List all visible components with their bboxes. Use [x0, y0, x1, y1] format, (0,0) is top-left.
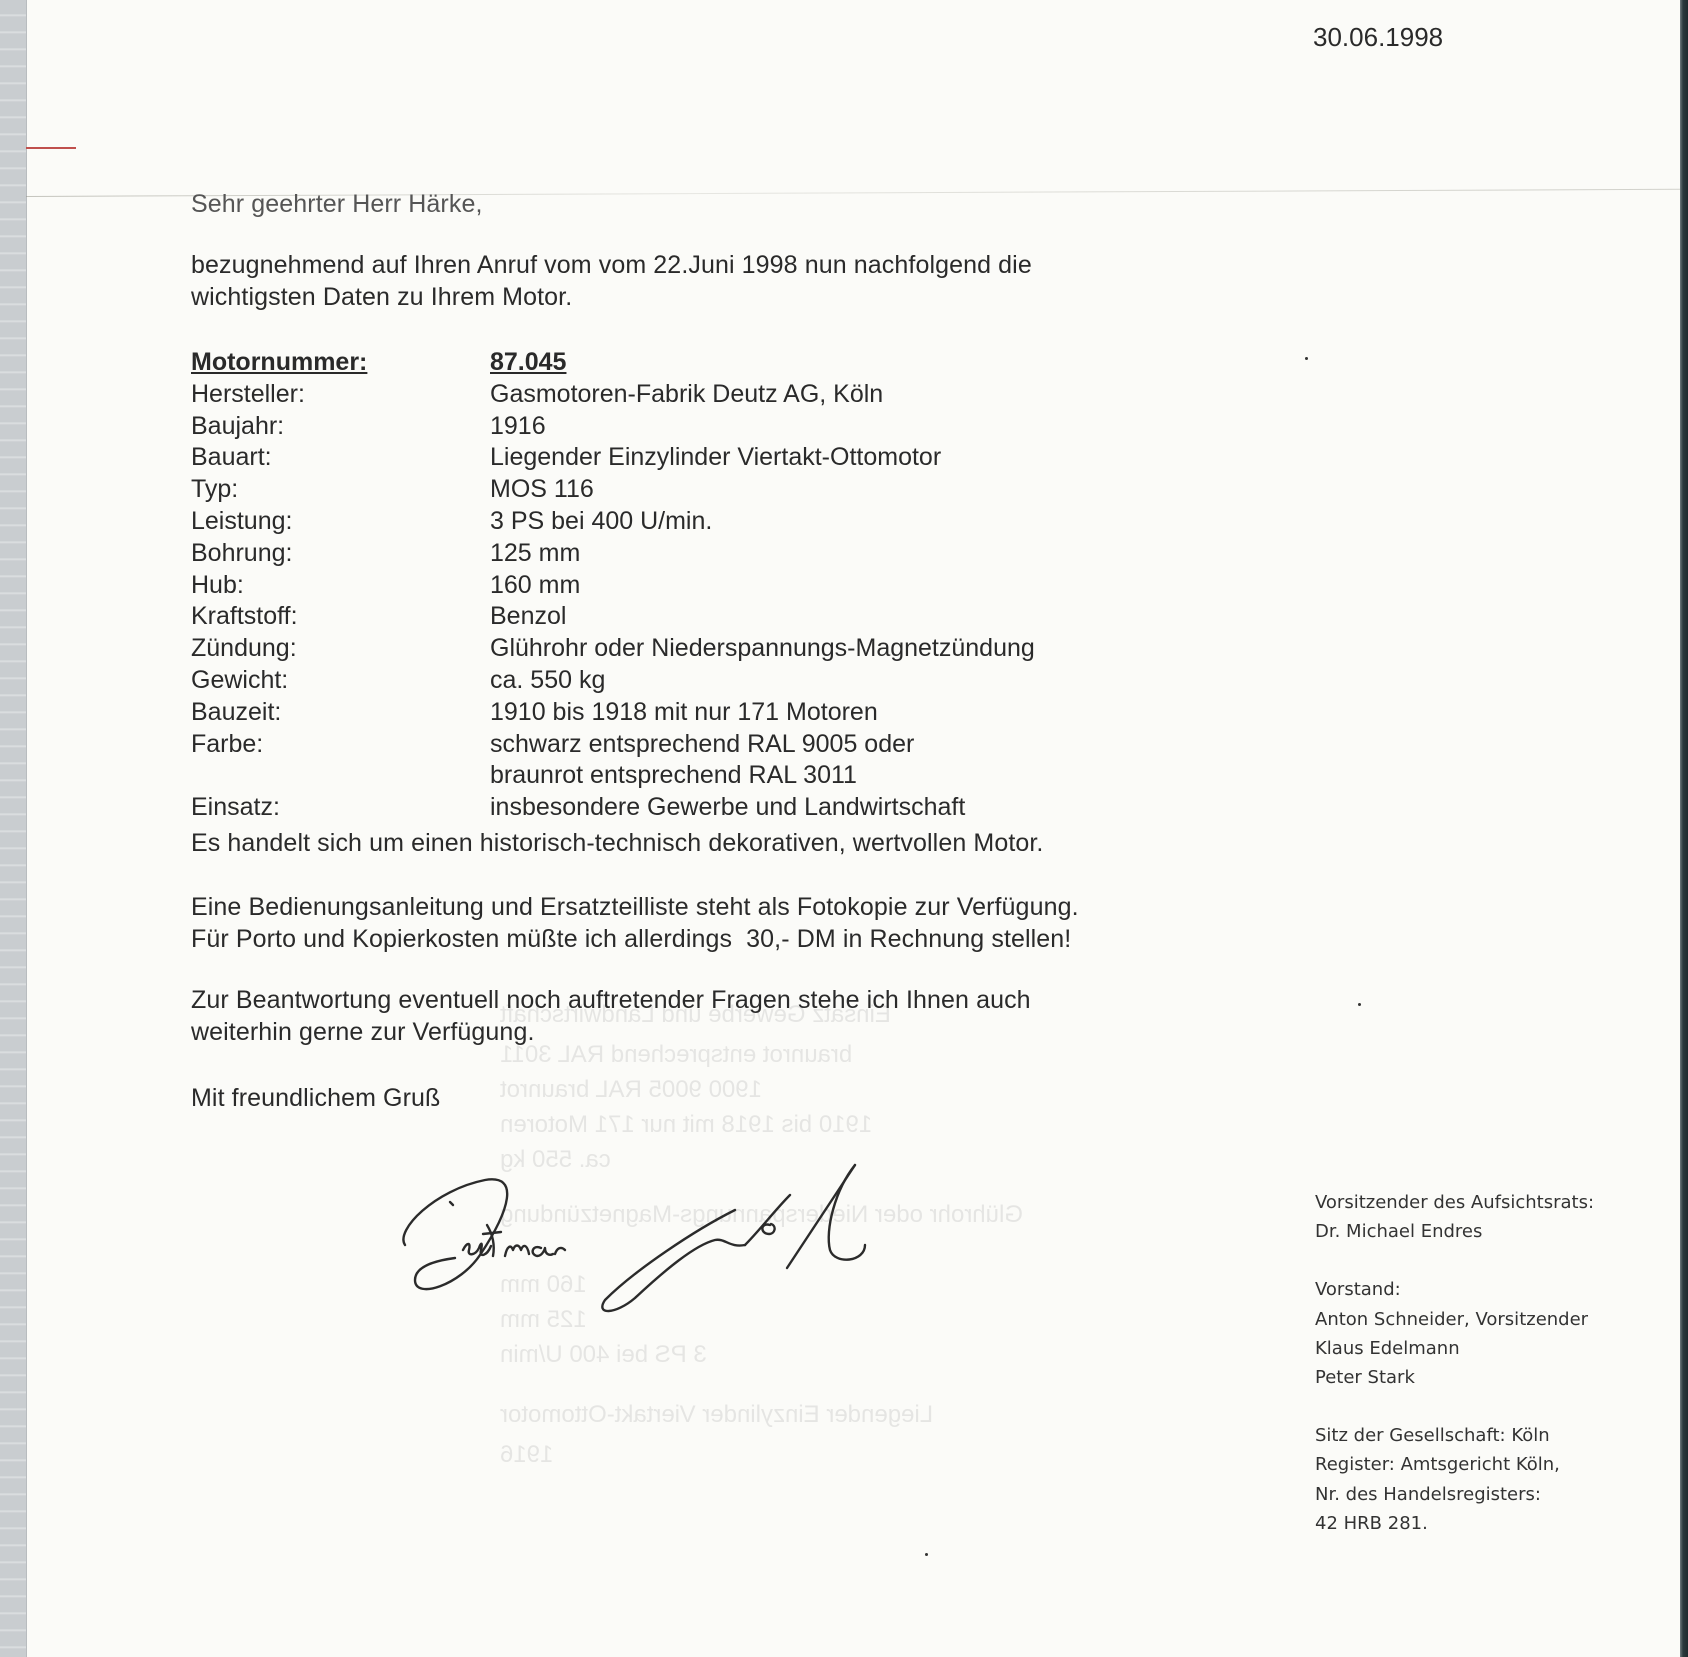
spec-row: Typ:MOS 116	[191, 475, 1035, 507]
spec-label: Typ:	[191, 475, 490, 507]
spec-row: Hub:160 mm	[191, 571, 1035, 603]
spec-label: Zündung:	[191, 634, 490, 666]
spec-value: insbesondere Gewerbe und Landwirtschaft	[490, 793, 1035, 825]
engine-spec-table: Motornummer:87.045Hersteller:Gasmotoren-…	[191, 348, 1035, 825]
spec-label: Bohrung:	[191, 539, 490, 571]
bleed-through-line: 1910 bis 1918 mit nur 171 Motoren	[500, 1110, 872, 1140]
spec-label: Baujahr:	[191, 412, 490, 444]
spec-value: 1916	[490, 412, 1035, 444]
spec-row: Gewicht:ca. 550 kg	[191, 666, 1035, 698]
spec-row: Hersteller:Gasmotoren-Fabrik Deutz AG, K…	[191, 380, 1035, 412]
questions-paragraph: Zur Beantwortung eventuell noch auftrete…	[191, 985, 1031, 1048]
scan-speck	[1358, 1003, 1361, 1006]
spec-row: Baujahr:1916	[191, 412, 1035, 444]
letter-date: 30.06.1998	[1313, 22, 1443, 53]
spec-label: Hub:	[191, 571, 490, 603]
spec-row: braunrot entsprechend RAL 3011	[191, 761, 1035, 793]
spec-value: ca. 550 kg	[490, 666, 1035, 698]
spec-value: Liegender Einzylinder Viertakt-Ottomotor	[490, 443, 1035, 475]
spec-label: Motornummer:	[191, 348, 490, 380]
spec-row: Leistung:3 PS bei 400 U/min.	[191, 507, 1035, 539]
spec-value: 3 PS bei 400 U/min.	[490, 507, 1035, 539]
spec-label: Leistung:	[191, 507, 490, 539]
bleed-through-line: 3 PS bei 400 U/min	[500, 1340, 707, 1370]
questions-line: Zur Beantwortung eventuell noch auftrete…	[191, 985, 1031, 1017]
intro-line: wichtigsten Daten zu Ihrem Motor.	[191, 282, 1191, 314]
register-number-label: Nr. des Handelsregisters:	[1315, 1480, 1594, 1509]
spec-value: Glührohr oder Niederspannungs-Magnetzünd…	[490, 634, 1035, 666]
manual-line: Eine Bedienungsanleitung und Ersatzteill…	[191, 892, 1079, 924]
salutation: Sehr geehrter Herr Härke,	[191, 189, 483, 221]
spec-label: Farbe:	[191, 730, 490, 762]
cost-line: Für Porto und Kopierkosten müßte ich all…	[191, 924, 1079, 956]
intro-line: bezugnehmend auf Ihren Anruf vom vom 22.…	[191, 250, 1191, 282]
spec-value: 160 mm	[490, 571, 1035, 603]
questions-line: weiterhin gerne zur Verfügung.	[191, 1017, 1031, 1049]
spec-row-engine-number: Motornummer:87.045	[191, 348, 1035, 380]
spec-value: MOS 116	[490, 475, 1035, 507]
manual-paragraph: Eine Bedienungsanleitung und Ersatzteill…	[191, 892, 1079, 955]
closing-greeting: Mit freundlichem Gruß	[191, 1083, 440, 1115]
spec-label: Kraftstoff:	[191, 602, 490, 634]
scan-left-edge	[0, 0, 27, 1657]
bleed-through-line: 1900 9005 RAL braunrot	[500, 1075, 762, 1105]
spec-label: Einsatz:	[191, 793, 490, 825]
company-seat: Sitz der Gesellschaft: Köln	[1315, 1421, 1594, 1450]
spec-value: Benzol	[490, 602, 1035, 634]
spec-value: Gasmotoren-Fabrik Deutz AG, Köln	[490, 380, 1035, 412]
intro-paragraph: bezugnehmend auf Ihren Anruf vom vom 22.…	[191, 250, 1191, 313]
spec-row: Bauart:Liegender Einzylinder Viertakt-Ot…	[191, 443, 1035, 475]
bleed-through-line: Liegender Einzylinder Viertakt-Ottomotor	[500, 1400, 933, 1430]
summary-sentence: Es handelt sich um einen historisch-tech…	[191, 828, 1043, 860]
register-court: Register: Amtsgericht Köln,	[1315, 1450, 1594, 1479]
bleed-through-line: 1916	[500, 1440, 553, 1470]
spec-value: 125 mm	[490, 539, 1035, 571]
spec-label: Bauzeit:	[191, 698, 490, 730]
scan-speck	[925, 1553, 928, 1556]
board-member: Klaus Edelmann	[1315, 1334, 1594, 1363]
spec-value: 87.045	[490, 348, 1035, 380]
board-label: Vorstand:	[1315, 1275, 1594, 1304]
spec-row: Einsatz:insbesondere Gewerbe und Landwir…	[191, 793, 1035, 825]
spec-value: braunrot entsprechend RAL 3011	[490, 761, 1035, 793]
spec-value: 1910 bis 1918 mit nur 171 Motoren	[490, 698, 1035, 730]
spec-value: schwarz entsprechend RAL 9005 oder	[490, 730, 1035, 762]
supervisory-board-label: Vorsitzender des Aufsichtsrats:	[1315, 1188, 1594, 1217]
spec-label: Hersteller:	[191, 380, 490, 412]
board-member: Anton Schneider, Vorsitzender	[1315, 1305, 1594, 1334]
company-info-footer: Vorsitzender des Aufsichtsrats: Dr. Mich…	[1315, 1188, 1594, 1538]
register-number: 42 HRB 281.	[1315, 1509, 1594, 1538]
supervisory-board-chair: Dr. Michael Endres	[1315, 1217, 1594, 1246]
spec-label: Gewicht:	[191, 666, 490, 698]
spec-row: Bauzeit:1910 bis 1918 mit nur 171 Motore…	[191, 698, 1035, 730]
spec-label: Bauart:	[191, 443, 490, 475]
fold-mark	[26, 147, 76, 149]
signature-icon	[395, 1150, 955, 1330]
spec-row: Farbe:schwarz entsprechend RAL 9005 oder	[191, 730, 1035, 762]
spec-row: Bohrung:125 mm	[191, 539, 1035, 571]
board-member: Peter Stark	[1315, 1363, 1594, 1392]
scan-right-edge	[1680, 0, 1688, 1657]
spec-row: Zündung:Glührohr oder Niederspannungs-Ma…	[191, 634, 1035, 666]
spec-row: Kraftstoff:Benzol	[191, 602, 1035, 634]
spec-label	[191, 761, 490, 793]
scan-speck	[1305, 357, 1308, 360]
